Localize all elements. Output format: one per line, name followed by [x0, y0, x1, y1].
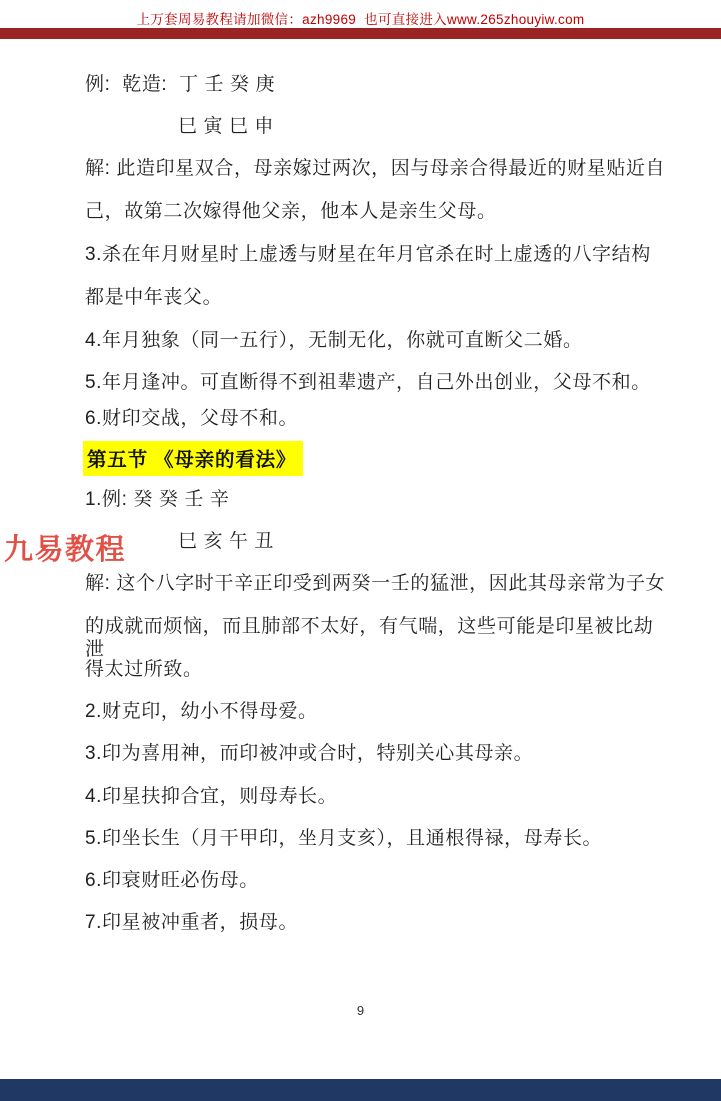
- text-line: 6.印衰财旺必伤母。: [85, 869, 666, 892]
- text-line: 3.印为喜用神，而印被冲或合时，特别关心其母亲。: [85, 742, 666, 765]
- text-line: 5.年月逢冲。可直断得不到祖辈遗产，自己外出创业，父母不和。: [85, 371, 666, 394]
- text-line-example2: 1.例: 癸 癸 壬 辛: [85, 488, 666, 511]
- bottom-bar: [0, 1079, 721, 1101]
- text-line: 7.印星被冲重者，损母。: [85, 911, 666, 934]
- text-line-example1: 例: 乾造: 丁 壬 癸 庚: [85, 73, 666, 96]
- pillar-line: 巳 亥 午 丑: [178, 530, 666, 553]
- pillar-line: 巳 寅 巳 申: [178, 115, 666, 138]
- text-line: 都是中年丧父。: [85, 286, 666, 309]
- text-line: 4.印星扶抑合宜，则母寿长。: [85, 785, 666, 808]
- page-number: 9: [0, 1003, 721, 1018]
- text-line: 5.印坐长生（月干甲印，坐月支亥），且通根得禄，母寿长。: [85, 827, 666, 850]
- top-divider-bar: [0, 28, 721, 39]
- section-heading: 第五节 《母亲的看法》: [83, 441, 303, 476]
- text-line: 6.财印交战，父母不和。: [85, 407, 666, 430]
- text-line: 己，故第二次嫁得他父亲，他本人是亲生父母。: [85, 200, 666, 223]
- watermark: 九易教程: [4, 527, 126, 568]
- text-line: 解: 此造印星双合，母亲嫁过两次，因与母亲合得最近的财星贴近自: [85, 157, 666, 180]
- text-line: 的成就而烦恼，而且肺部不太好，有气喘，这些可能是印星被比劫泄: [85, 615, 666, 661]
- text-line: 得太过所致。: [85, 658, 666, 681]
- text-line: 3.杀在年月财星时上虚透与财星在年月官杀在时上虚透的八字结构: [85, 243, 666, 266]
- text-line: 解: 这个八字时干辛正印受到两癸一壬的猛泄，因此其母亲常为子女: [85, 572, 666, 595]
- text-line: 4.年月独象（同一五行），无制无化，你就可直断父二婚。: [85, 329, 666, 352]
- text-line: 2.财克印，幼小不得母爱。: [85, 700, 666, 723]
- page-banner: 上万套周易教程请加微信：azh9969 也可直接进入www.265zhouyiw…: [0, 8, 721, 28]
